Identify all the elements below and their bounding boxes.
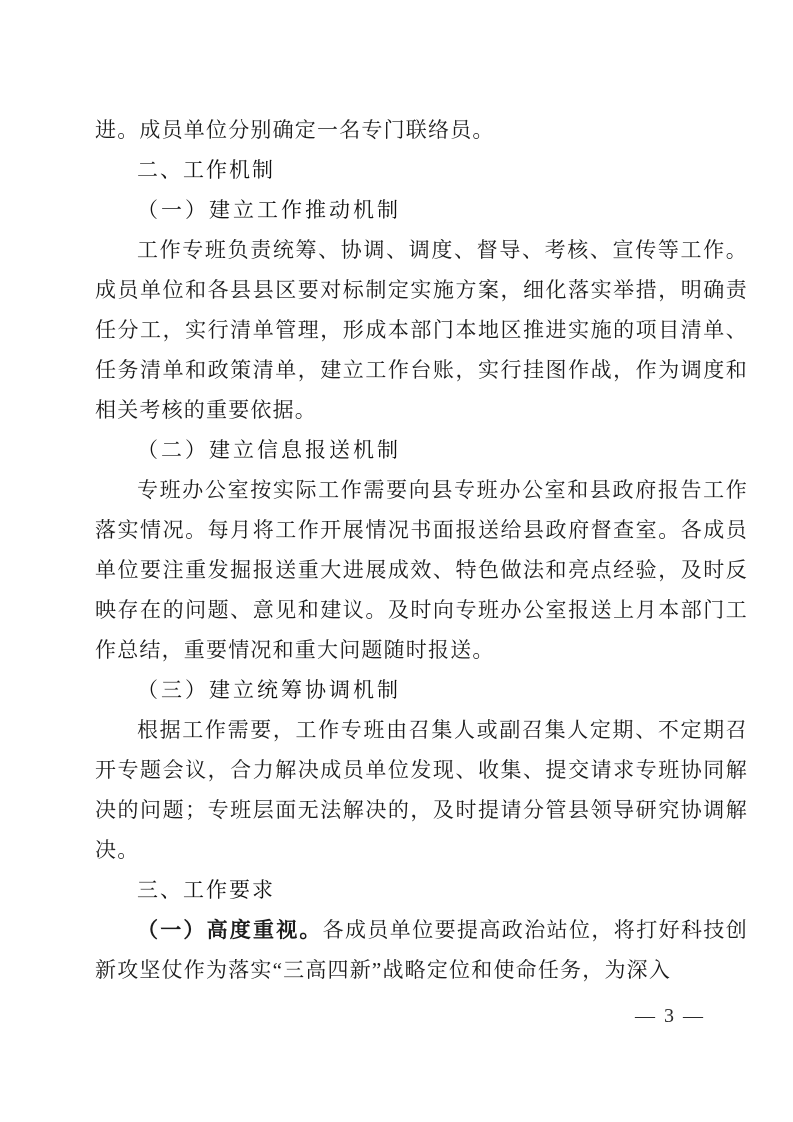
document-page: 进。成员单位分别确定一名专门联络员。 二、工作机制 （一）建立工作推动机制 工作… bbox=[0, 0, 793, 1122]
subheading-coordination-mechanism: （三）建立统筹协调机制 bbox=[95, 670, 748, 710]
document-body: 进。成员单位分别确定一名专门联络员。 二、工作机制 （一）建立工作推动机制 工作… bbox=[95, 110, 748, 990]
run-in-heading-high-importance: （一）高度重视。 bbox=[137, 918, 323, 942]
paragraph-continuation: 进。成员单位分别确定一名专门联络员。 bbox=[95, 110, 748, 150]
paragraph-work-promotion-mechanism: 工作专班负责统筹、协调、调度、督导、考核、宣传等工作。成员单位和各县县区要对标制… bbox=[95, 230, 748, 430]
paragraph-high-importance: （一）高度重视。各成员单位要提高政治站位，将打好科技创新攻坚仗作为落实“三高四新… bbox=[95, 910, 748, 990]
heading-section-work-requirements: 三、工作要求 bbox=[95, 870, 748, 910]
paragraph-information-reporting-mechanism: 专班办公室按实际工作需要向县专班办公室和县政府报告工作落实情况。每月将工作开展情… bbox=[95, 470, 748, 670]
subheading-information-reporting-mechanism: （二）建立信息报送机制 bbox=[95, 430, 748, 470]
heading-section-work-mechanism: 二、工作机制 bbox=[95, 150, 748, 190]
subheading-work-promotion-mechanism: （一）建立工作推动机制 bbox=[95, 190, 748, 230]
page-number: — 3 — bbox=[635, 1002, 705, 1030]
paragraph-coordination-mechanism: 根据工作需要，工作专班由召集人或副召集人定期、不定期召开专题会议，合力解决成员单… bbox=[95, 710, 748, 870]
